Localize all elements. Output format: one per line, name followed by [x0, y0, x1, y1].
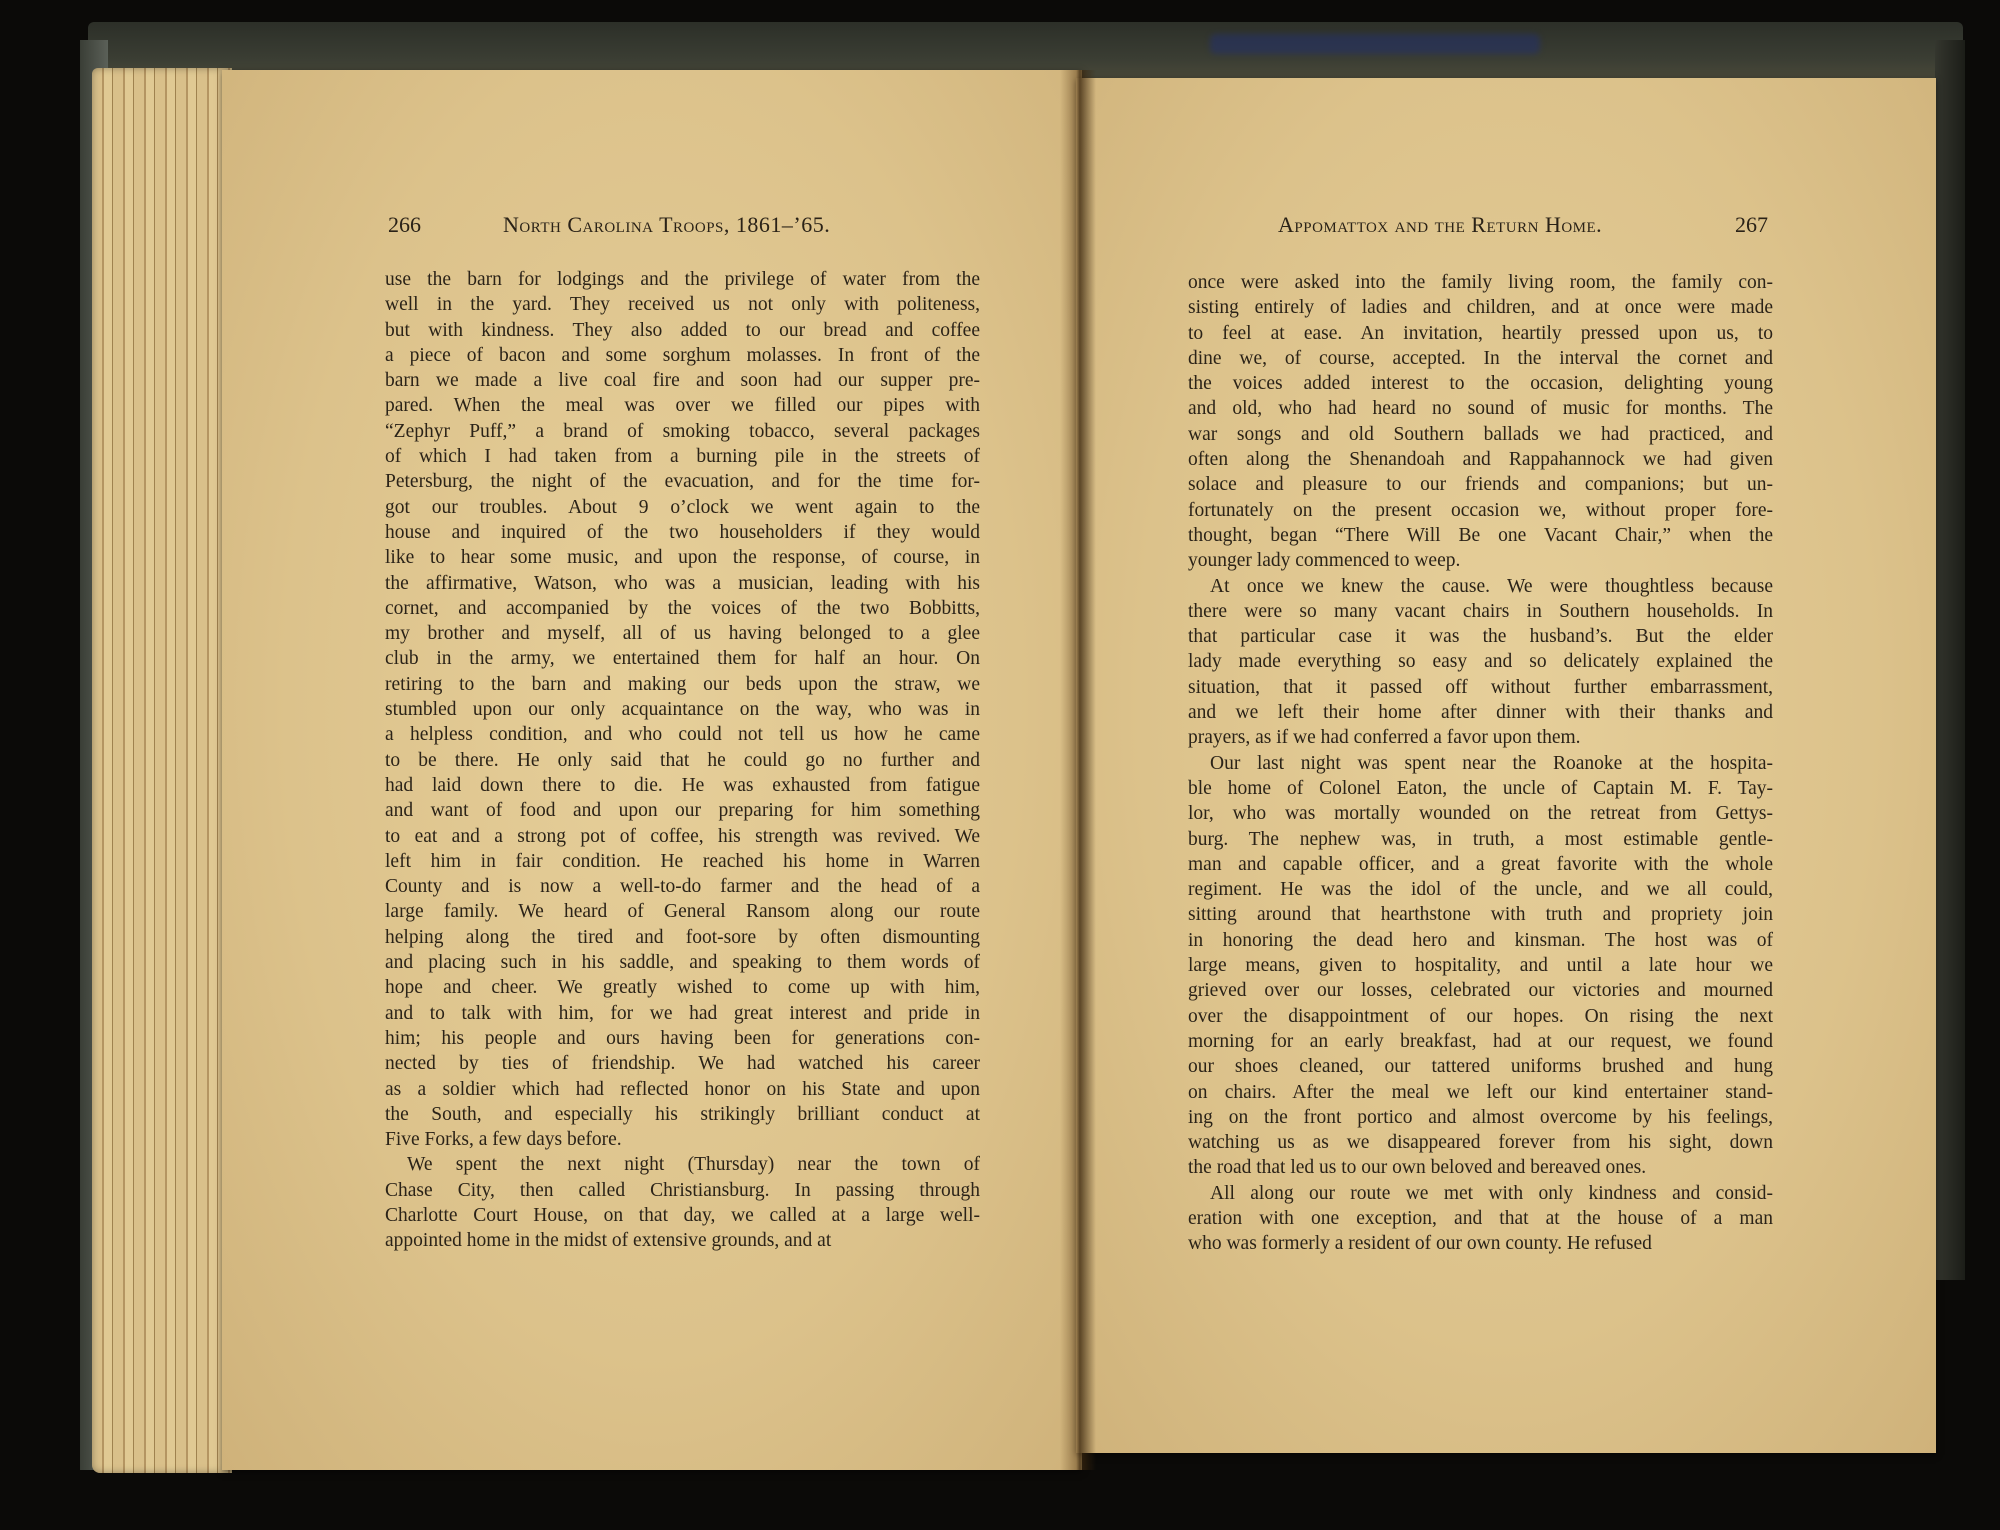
text-line: “Zephyr Puff,” a brand of smoking tobacc… — [385, 419, 980, 444]
text-line: and we left their home after dinner with… — [1188, 700, 1773, 725]
text-line: dine we, of course, accepted. In the int… — [1188, 346, 1773, 371]
text-line: large means, given to hospitality, and u… — [1188, 953, 1773, 978]
text-line: appointed home in the midst of extensive… — [385, 1228, 980, 1253]
text-line: in honoring the dead hero and kinsman. T… — [1188, 928, 1773, 953]
book-cover-right-edge — [1935, 40, 1965, 1280]
left-page-body-text: use the barn for lodgings and the privil… — [385, 267, 980, 1254]
text-line: use the barn for lodgings and the privil… — [385, 267, 980, 292]
text-line: eration with one exception, and that at … — [1188, 1206, 1773, 1231]
text-line: Chase City, then called Christiansburg. … — [385, 1178, 980, 1203]
text-line: fortunately on the present occasion we, … — [1188, 498, 1773, 523]
text-line: left him in fair condition. He reached h… — [385, 849, 980, 874]
text-line: nected by ties of friendship. We had wat… — [385, 1051, 980, 1076]
text-line: helping along the tired and foot-sore by… — [385, 925, 980, 950]
text-line: the voices added interest to the occasio… — [1188, 371, 1773, 396]
text-line: got our troubles. About 9 o’clock we wen… — [385, 495, 980, 520]
text-line: as a soldier which had reflected honor o… — [385, 1077, 980, 1102]
text-line: on chairs. After the meal we left our ki… — [1188, 1080, 1773, 1105]
text-line: watching us as we disappeared forever fr… — [1188, 1130, 1773, 1155]
text-line: situation, that it passed off without fu… — [1188, 675, 1773, 700]
text-line: cornet, and accompanied by the voices of… — [385, 596, 980, 621]
text-line: my brother and myself, all of us having … — [385, 621, 980, 646]
text-line: ble home of Colonel Eaton, the uncle of … — [1188, 776, 1773, 801]
text-line: Petersburg, the night of the evacuation,… — [385, 469, 980, 494]
text-line: stumbled upon our only acquaintance on t… — [385, 697, 980, 722]
text-line: large family. We heard of General Ransom… — [385, 899, 980, 924]
text-line: often along the Shenandoah and Rappahann… — [1188, 447, 1773, 472]
text-line: had laid down there to die. He was exhau… — [385, 773, 980, 798]
text-line: our shoes cleaned, our tattered uniforms… — [1188, 1054, 1773, 1079]
text-line: grieved over our losses, celebrated our … — [1188, 978, 1773, 1003]
text-line: the road that led us to our own beloved … — [1188, 1155, 1773, 1180]
text-line: to be there. He only said that he could … — [385, 748, 980, 773]
text-line: sisting entirely of ladies and children,… — [1188, 295, 1773, 320]
text-line: over the disappointment of our hopes. On… — [1188, 1004, 1773, 1029]
text-line: lady made everything so easy and so deli… — [1188, 649, 1773, 674]
text-line: a helpless condition, and who could not … — [385, 722, 980, 747]
text-line: Charlotte Court House, on that day, we c… — [385, 1203, 980, 1228]
text-line: like to hear some music, and upon the re… — [385, 545, 980, 570]
text-line: of which I had taken from a burning pile… — [385, 444, 980, 469]
text-line: prayers, as if we had conferred a favor … — [1188, 725, 1773, 750]
text-line: club in the army, we entertained them fo… — [385, 646, 980, 671]
text-line: there were so many vacant chairs in Sout… — [1188, 599, 1773, 624]
text-line: and to talk with him, for we had great i… — [385, 1001, 980, 1026]
left-running-head: North Carolina Troops, 1861–’65. — [503, 212, 830, 242]
text-line: him; his people and ours having been for… — [385, 1026, 980, 1051]
text-line: Five Forks, a few days before. — [385, 1127, 980, 1152]
text-line: ing on the front portico and almost over… — [1188, 1105, 1773, 1130]
text-line: a piece of bacon and some sorghum molass… — [385, 343, 980, 368]
text-line: once were asked into the family living r… — [1188, 270, 1773, 295]
text-line: war songs and old Southern ballads we ha… — [1188, 422, 1773, 447]
text-line: solace and pleasure to our friends and c… — [1188, 472, 1773, 497]
text-line: morning for an early breakfast, had at o… — [1188, 1029, 1773, 1054]
book-gutter — [1060, 70, 1096, 1470]
text-line: and placing such in his saddle, and spea… — [385, 950, 980, 975]
text-line: to feel at ease. An invitation, heartily… — [1188, 321, 1773, 346]
right-running-head: Appomattox and the Return Home. — [1278, 212, 1602, 242]
blue-ink-mark — [1210, 34, 1540, 54]
text-line: who was formerly a resident of our own c… — [1188, 1231, 1773, 1256]
right-page-number: 267 — [1735, 212, 1768, 238]
text-line: We spent the next night (Thursday) near … — [385, 1152, 980, 1177]
text-line: that particular case it was the husband’… — [1188, 624, 1773, 649]
text-line: Our last night was spent near the Roanok… — [1188, 751, 1773, 776]
left-page-number: 266 — [388, 212, 421, 238]
text-line: man and capable officer, and a great fav… — [1188, 852, 1773, 877]
text-line: County and is now a well-to-do farmer an… — [385, 874, 980, 899]
text-line: burg. The nephew was, in truth, a most e… — [1188, 827, 1773, 852]
text-line: retiring to the barn and making our beds… — [385, 672, 980, 697]
text-line: well in the yard. They received us not o… — [385, 292, 980, 317]
text-line: but with kindness. They also added to ou… — [385, 318, 980, 343]
text-line: and want of food and upon our preparing … — [385, 798, 980, 823]
text-line: house and inquired of the two householde… — [385, 520, 980, 545]
text-line: the affirmative, Watson, who was a music… — [385, 571, 980, 596]
page-stack-edges — [92, 68, 232, 1473]
text-line: to eat and a strong pot of coffee, his s… — [385, 824, 980, 849]
text-line: lor, who was mortally wounded on the ret… — [1188, 801, 1773, 826]
text-line: the South, and especially his strikingly… — [385, 1102, 980, 1127]
text-line: hope and cheer. We greatly wished to com… — [385, 975, 980, 1000]
text-line: regiment. He was the idol of the uncle, … — [1188, 877, 1773, 902]
book-photo: 266 North Carolina Troops, 1861–’65. App… — [0, 0, 2000, 1530]
text-line: All along our route we met with only kin… — [1188, 1181, 1773, 1206]
text-line: sitting around that hearthstone with tru… — [1188, 902, 1773, 927]
text-line: At once we knew the cause. We were thoug… — [1188, 574, 1773, 599]
text-line: barn we made a live coal fire and soon h… — [385, 368, 980, 393]
text-line: pared. When the meal was over we filled … — [385, 393, 980, 418]
right-page-body-text: once were asked into the family living r… — [1188, 270, 1773, 1257]
text-line: younger lady commenced to weep. — [1188, 548, 1773, 573]
text-line: thought, began “There Will Be one Vacant… — [1188, 523, 1773, 548]
text-line: and old, who had heard no sound of music… — [1188, 396, 1773, 421]
